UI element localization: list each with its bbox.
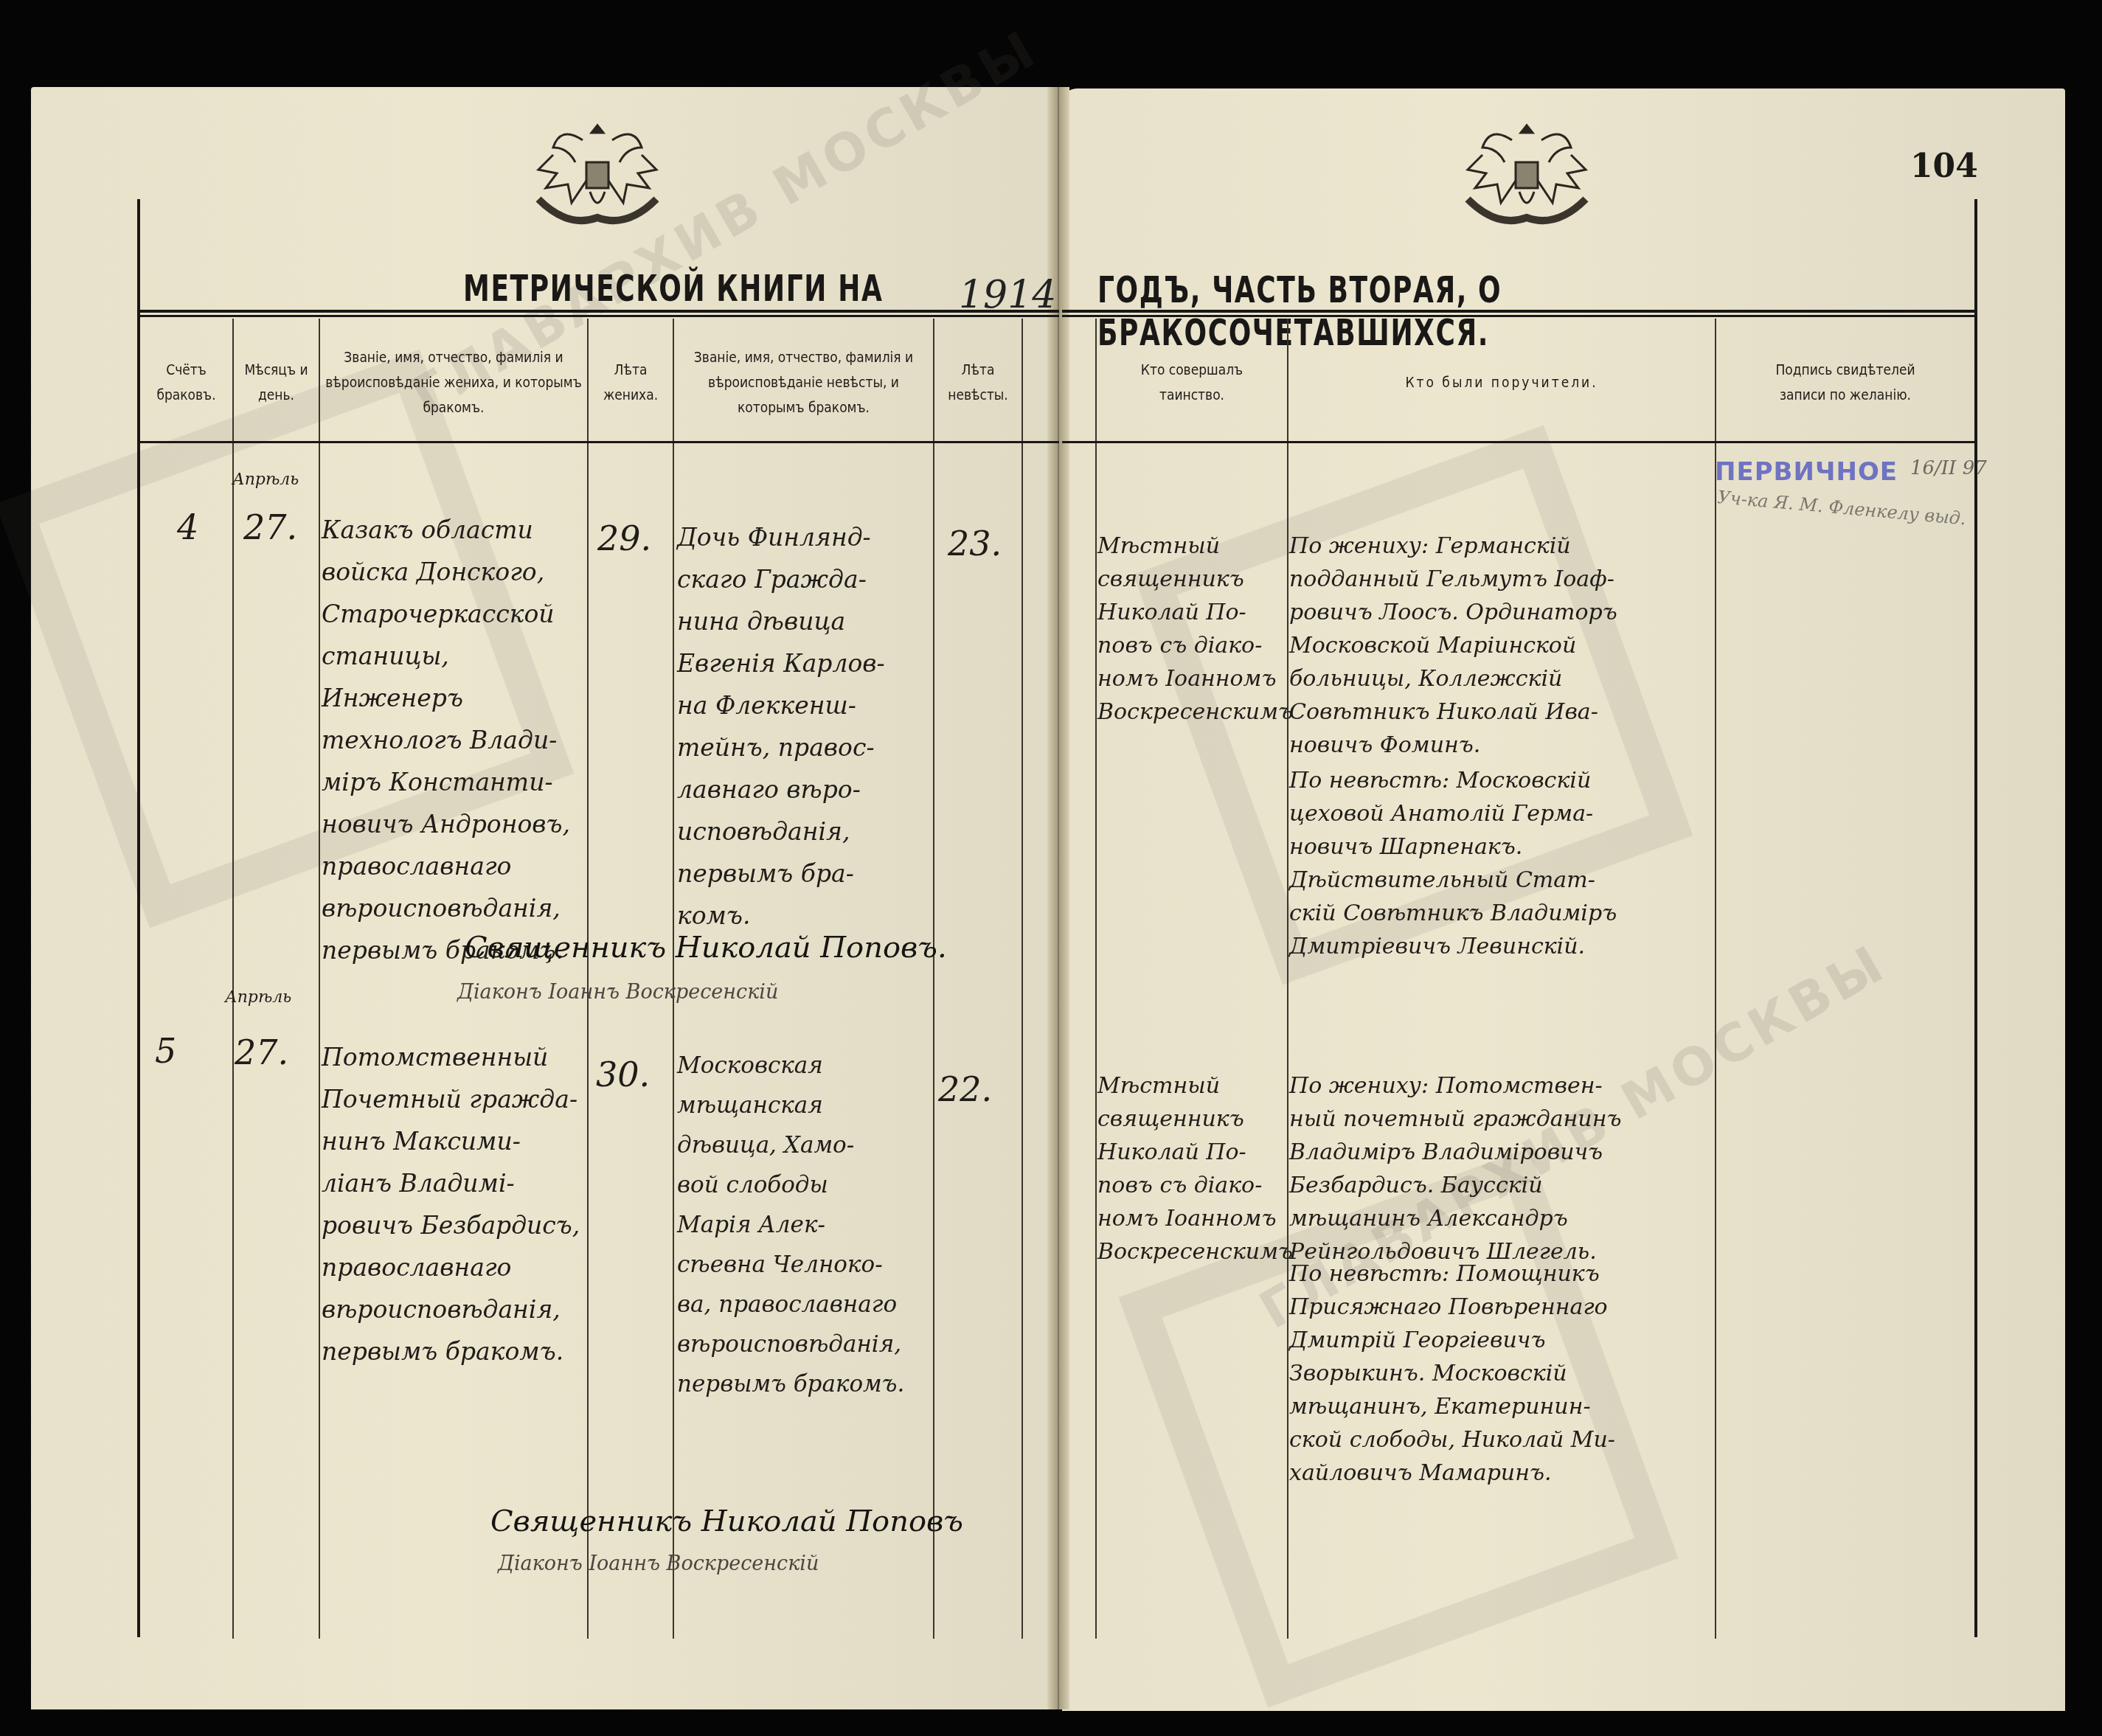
column-divider bbox=[1095, 319, 1097, 1639]
primary-stamp: ПЕРВИЧНОЕ bbox=[1715, 457, 1898, 487]
header-rule bbox=[137, 310, 1059, 317]
deacon-signature: Діаконъ Іоаннъ Воскресенскій bbox=[457, 981, 778, 1004]
record-month: Апрѣль bbox=[225, 988, 291, 1007]
bride-details: Московская мѣщанская дѣвица, Хамо- вой с… bbox=[677, 1046, 935, 1404]
record-number: 4 bbox=[177, 509, 198, 546]
guarantors-bride: По невѣстѣ: Московскій цеховой Анатолій … bbox=[1289, 764, 1717, 963]
column-divider bbox=[319, 319, 320, 1639]
groom-age: 29. bbox=[597, 520, 651, 557]
guarantors-bride: По невѣстѣ: Помощникъ Присяжнаго Повѣрен… bbox=[1289, 1257, 1717, 1490]
header-guarantors: Кто были поручители. bbox=[1288, 324, 1715, 441]
record-day: 27. bbox=[243, 509, 297, 546]
title-left: МЕТРИЧЕСКОЙ КНИГИ НА bbox=[463, 267, 883, 310]
groom-details: Казакъ области войска Донского, Старочер… bbox=[322, 509, 587, 971]
guarantors-groom: По жениху: Потомствен- ный почетный граж… bbox=[1289, 1069, 1717, 1268]
stamp-date: 16/II 97 bbox=[1910, 457, 1987, 479]
table-border bbox=[1974, 199, 1977, 1637]
imperial-eagle-icon bbox=[531, 111, 664, 236]
groom-age: 30. bbox=[596, 1056, 650, 1093]
bride-age: 22. bbox=[938, 1071, 992, 1108]
record-number: 5 bbox=[155, 1032, 176, 1069]
guarantors-groom: По жениху: Германскій подданный Гельмутъ… bbox=[1289, 530, 1717, 762]
deacon-signature: Діаконъ Іоаннъ Воскресенскій bbox=[498, 1552, 819, 1575]
column-divider bbox=[587, 319, 589, 1639]
column-divider bbox=[673, 319, 674, 1639]
column-divider bbox=[1287, 319, 1288, 1639]
header-witness-signatures: Подпись свидѣтелей записи по желанію. bbox=[1716, 324, 1974, 441]
page-number: 104 bbox=[1910, 147, 1978, 185]
record-month: Апрѣль bbox=[232, 471, 299, 490]
header-bottom-rule bbox=[1062, 441, 1977, 443]
header-rule bbox=[1062, 310, 1977, 317]
imperial-eagle-icon bbox=[1460, 111, 1593, 236]
officiant: Мѣстный священникъ Николай По- повъ съ д… bbox=[1097, 1069, 1289, 1268]
priest-signature: Священникъ Николай Поповъ bbox=[490, 1504, 963, 1538]
column-divider bbox=[1021, 319, 1023, 1639]
header-bride-age: Лѣта невѣсты. bbox=[934, 324, 1021, 441]
book-gutter bbox=[1047, 87, 1069, 1709]
officiant: Мѣстный священникъ Николай По- повъ съ д… bbox=[1097, 530, 1289, 729]
column-divider bbox=[232, 319, 234, 1639]
header-count: Счётъ браковъ. bbox=[140, 324, 232, 441]
record-day: 27. bbox=[235, 1034, 288, 1071]
header-groom-age: Лѣта жениха. bbox=[589, 324, 673, 441]
header-bride: Званіе, имя, отчество, фамилія и вѣроисп… bbox=[674, 324, 933, 441]
header-officiant: Кто совершалъ таинство. bbox=[1097, 324, 1287, 441]
header-groom: Званіе, имя, отчество, фамилія и вѣроисп… bbox=[320, 324, 587, 441]
bride-age: 23. bbox=[948, 525, 1002, 562]
priest-signature: Священникъ Николай Поповъ. bbox=[465, 931, 947, 965]
groom-details: Потомственный Почетный гражда- нинъ Макс… bbox=[322, 1036, 587, 1372]
header-bottom-rule bbox=[137, 441, 1059, 443]
header-month-day: Мѣсяцъ и день. bbox=[234, 324, 319, 441]
bride-details: Дочь Финлянд- скаго Гражда- нина дѣвица … bbox=[677, 516, 935, 937]
